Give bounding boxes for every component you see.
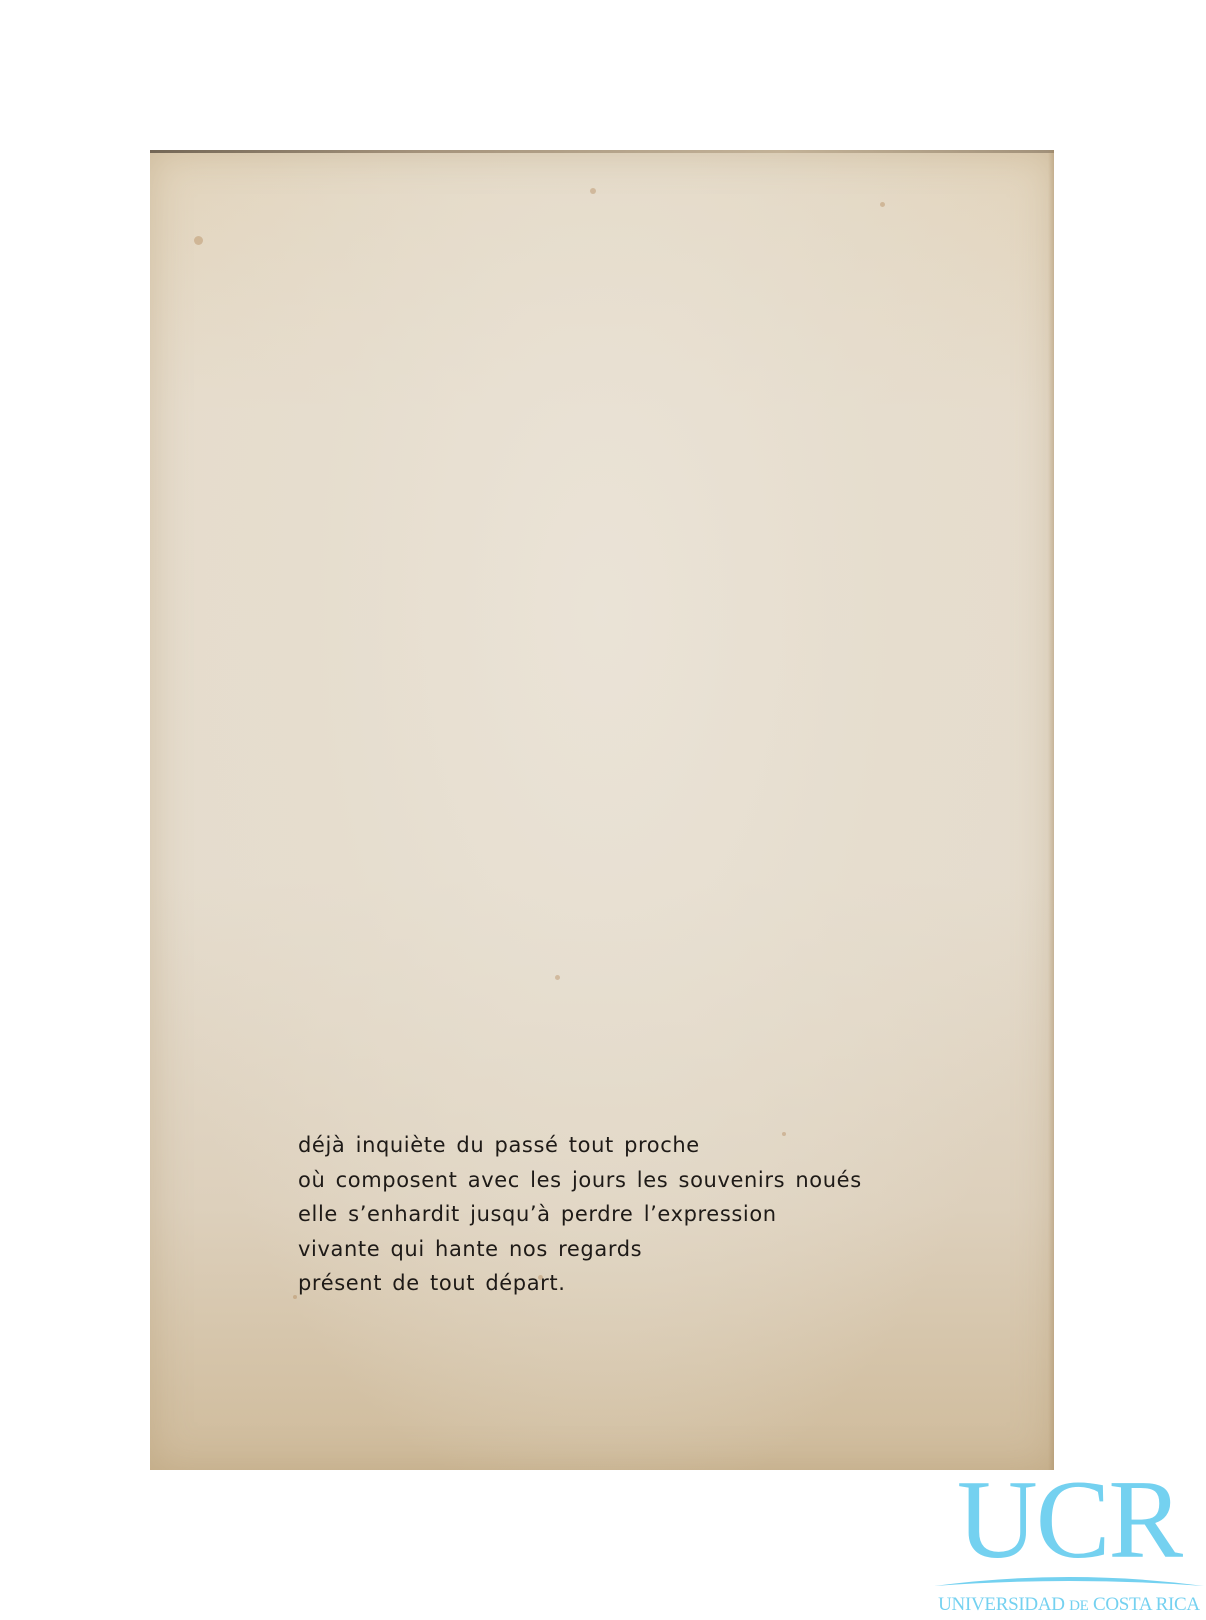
poem-line: déjà inquiète du passé tout proche — [298, 1128, 862, 1163]
ucr-logo: UCR Universidad de Costa Rica — [932, 1470, 1206, 1620]
foxing-spot — [555, 975, 560, 980]
poem-line: elle s’enhardit jusqu’à perdre l’express… — [298, 1197, 862, 1232]
poem-text: déjà inquiète du passé tout proche où co… — [298, 1128, 862, 1301]
foxing-spot — [880, 202, 885, 207]
poem-line: présent de tout départ. — [298, 1266, 862, 1301]
logo-acronym: UCR — [932, 1470, 1206, 1570]
logo-name-part: Costa Rica — [1093, 1594, 1200, 1615]
logo-name-part: de — [1069, 1598, 1088, 1614]
foxing-spot — [293, 1295, 297, 1299]
poem-line: où composent avec les jours les souvenir… — [298, 1163, 862, 1198]
foxing-spot — [194, 236, 203, 245]
logo-swoosh-icon — [932, 1570, 1206, 1590]
foxing-spot — [590, 188, 596, 194]
logo-university-name: Universidad de Costa Rica — [932, 1593, 1206, 1618]
poem-line: vivante qui hante nos regards — [298, 1232, 862, 1267]
scanned-page: déjà inquiète du passé tout proche où co… — [150, 150, 1054, 1470]
logo-name-part: Universidad — [938, 1594, 1065, 1615]
